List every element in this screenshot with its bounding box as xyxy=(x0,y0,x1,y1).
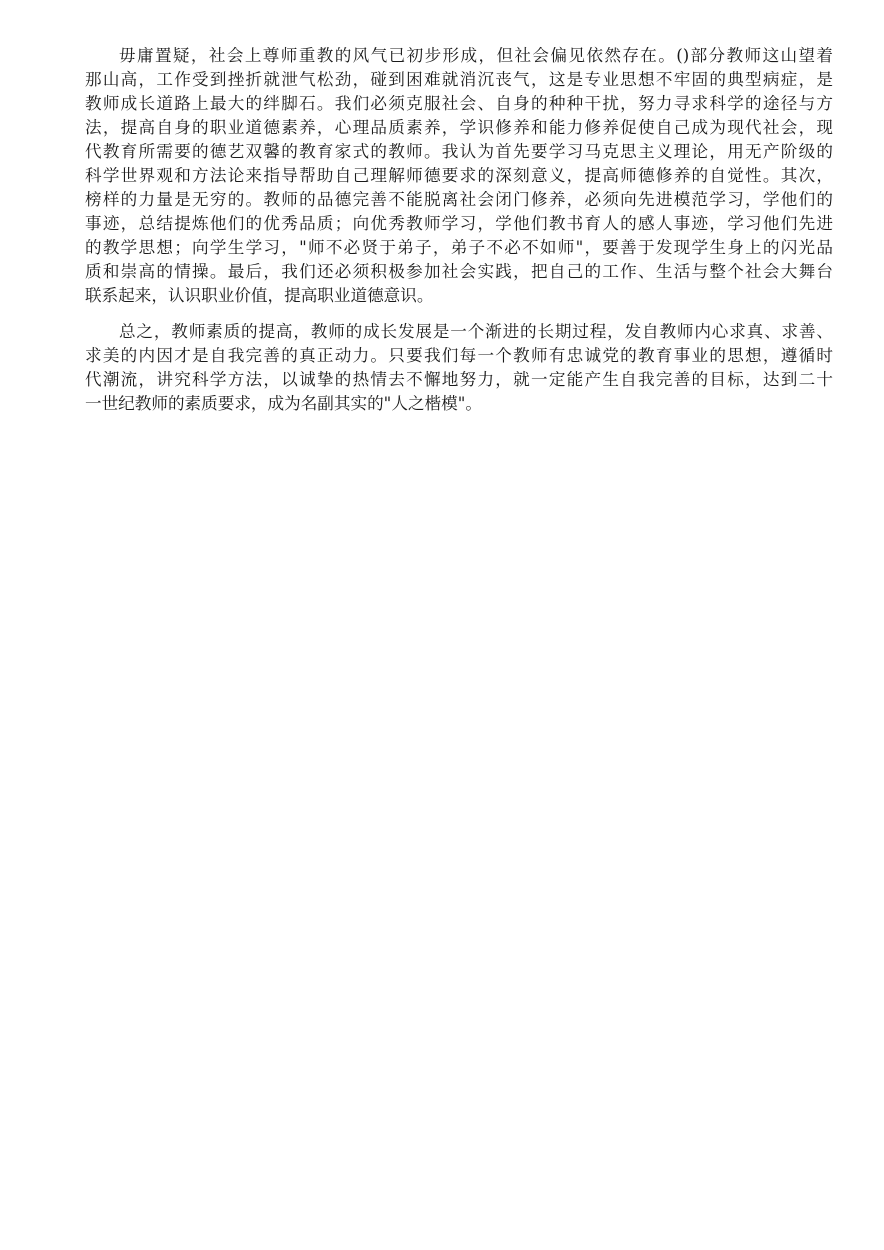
text-line: 教师成长道路上最大的绊脚石。我们必须克服社会、自身的种种干扰，努力寻求科学的途径… xyxy=(85,92,833,116)
text-line: 那山高，工作受到挫折就泄气松劲，碰到困难就消沉丧气，这是专业思想不牢固的典型病症… xyxy=(85,68,833,92)
document-page: 毋庸置疑，社会上尊师重教的风气已初步形成，但社会偏见依然存在。()部分教师这山望… xyxy=(85,44,833,428)
text-line: 总之，教师素质的提高，教师的成长发展是一个渐进的长期过程，发自教师内心求真、求善… xyxy=(85,320,833,344)
text-line: 事迹，总结提炼他们的优秀品质；向优秀教师学习，学他们教书育人的感人事迹，学习他们… xyxy=(85,212,833,236)
paragraph-2: 总之，教师素质的提高，教师的成长发展是一个渐进的长期过程，发自教师内心求真、求善… xyxy=(85,320,833,416)
text-line: 质和崇高的情操。最后，我们还必须积极参加社会实践，把自己的工作、生活与整个社会大… xyxy=(85,260,833,284)
text-line: 法，提高自身的职业道德素养，心理品质素养，学识修养和能力修养促使自己成为现代社会… xyxy=(85,116,833,140)
text-line: 联系起来，认识职业价值，提高职业道德意识。 xyxy=(85,284,833,308)
text-line: 毋庸置疑，社会上尊师重教的风气已初步形成，但社会偏见依然存在。()部分教师这山望… xyxy=(85,44,833,68)
text-line: 的教学思想；向学生学习，"师不必贤于弟子，弟子不必不如师"，要善于发现学生身上的… xyxy=(85,236,833,260)
text-line: 代教育所需要的德艺双馨的教育家式的教师。我认为首先要学习马克思主义理论，用无产阶… xyxy=(85,140,833,164)
text-line: 求美的内因才是自我完善的真正动力。只要我们每一个教师有忠诚党的教育事业的思想，遵… xyxy=(85,344,833,368)
text-line: 代潮流，讲究科学方法，以诚挚的热情去不懈地努力，就一定能产生自我完善的目标，达到… xyxy=(85,368,833,392)
text-line: 科学世界观和方法论来指导帮助自己理解师德要求的深刻意义，提高师德修养的自觉性。其… xyxy=(85,164,833,188)
text-line: 榜样的力量是无穷的。教师的品德完善不能脱离社会闭门修养，必须向先进模范学习，学他… xyxy=(85,188,833,212)
paragraph-1: 毋庸置疑，社会上尊师重教的风气已初步形成，但社会偏见依然存在。()部分教师这山望… xyxy=(85,44,833,308)
text-line: 一世纪教师的素质要求，成为名副其实的"人之楷模"。 xyxy=(85,392,833,416)
